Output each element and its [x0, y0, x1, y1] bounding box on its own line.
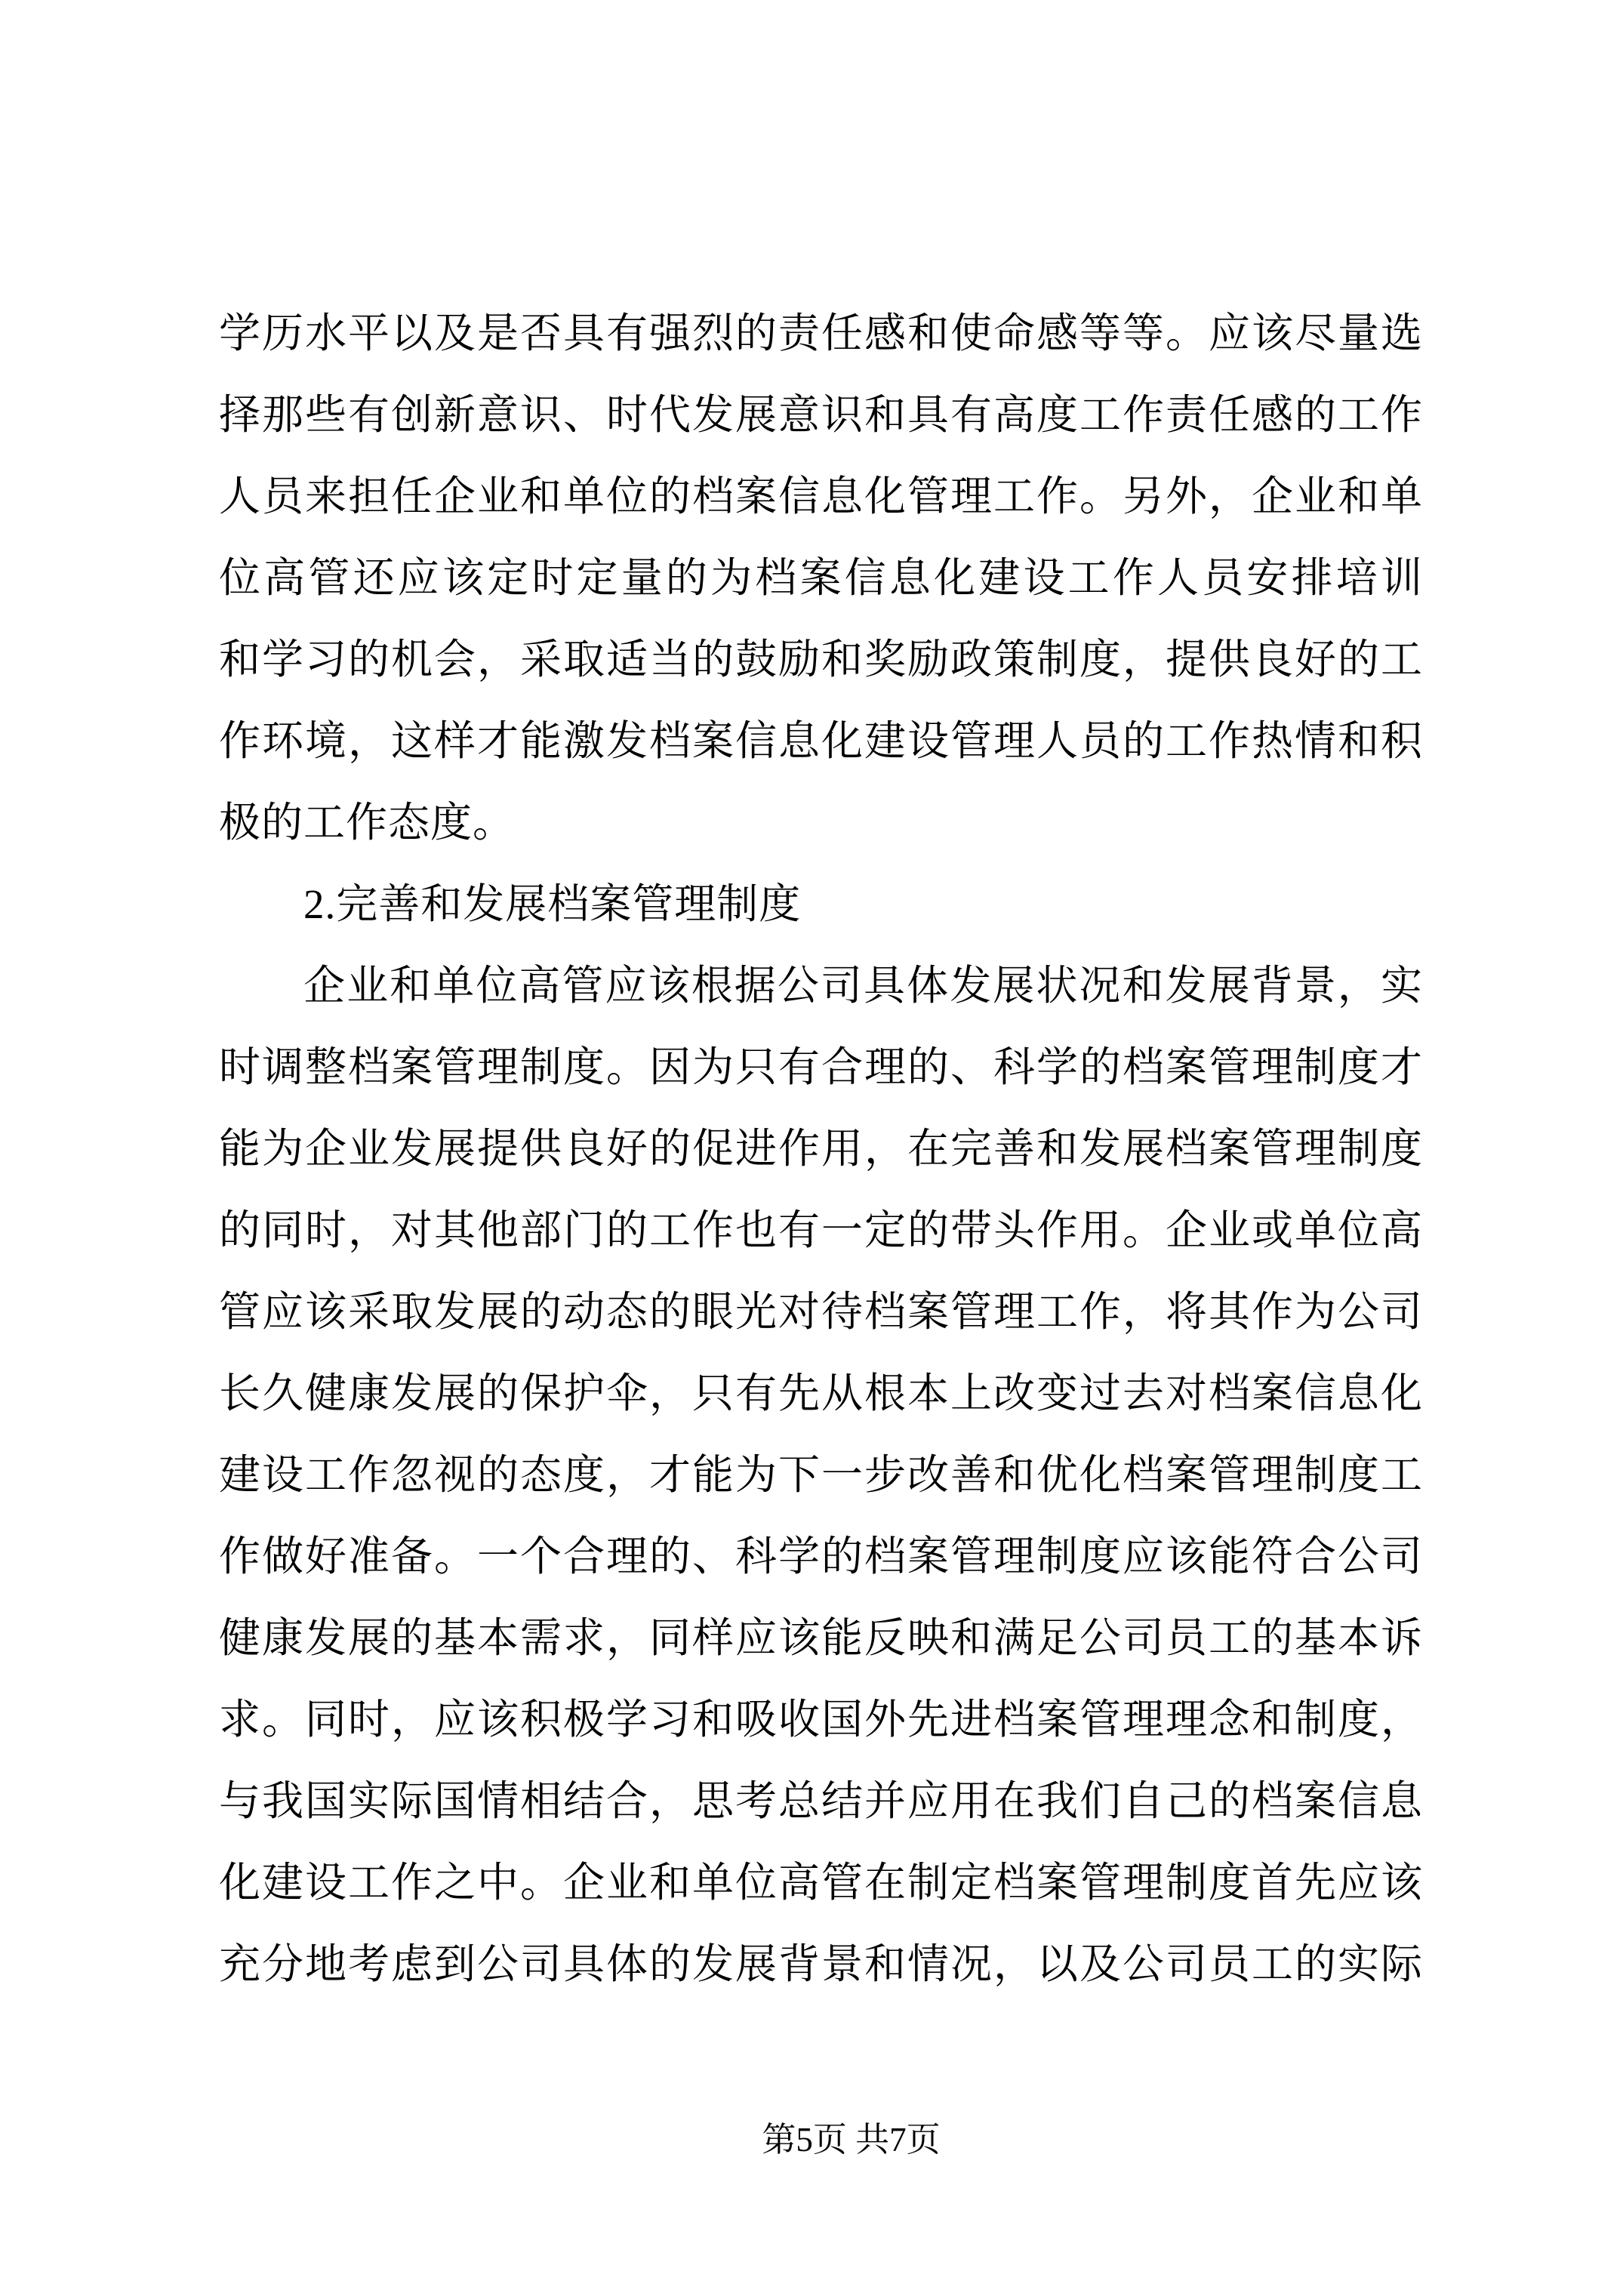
text-line: 择那些有创新意识、时代发展意识和具有高度工作责任感的工作: [219, 374, 1423, 456]
text-line: 健康发展的基本需求，同样应该能反映和满足公司员工的基本诉: [219, 1598, 1423, 1679]
text-line: 充分地考虑到公司具体的发展背景和情况，以及公司员工的实际: [219, 1924, 1423, 2005]
page-footer: 第5页 共7页: [249, 2117, 1453, 2162]
text-line: 求。同时，应该积极学习和吸收国外先进档案管理理念和制度，: [219, 1679, 1423, 1761]
text-line: 作做好准备。一个合理的、科学的档案管理制度应该能符合公司: [219, 1516, 1423, 1598]
text-line: 的同时，对其他部门的工作也有一定的带头作用。企业或单位高: [219, 1190, 1423, 1271]
text-line: 管应该采取发展的动态的眼光对待档案管理工作，将其作为公司: [219, 1271, 1423, 1353]
text-line: 人员来担任企业和单位的档案信息化管理工作。另外，企业和单: [219, 456, 1423, 538]
text-line: 时调整档案管理制度。因为只有合理的、科学的档案管理制度才: [219, 1027, 1423, 1108]
text-line: 长久健康发展的保护伞，只有先从根本上改变过去对档案信息化: [219, 1353, 1423, 1435]
text-line: 能为企业发展提供良好的促进作用，在完善和发展档案管理制度: [219, 1108, 1423, 1190]
text-line: 化建设工作之中。企业和单位高管在制定档案管理制度首先应该: [219, 1842, 1423, 1924]
section-heading: 2.完善和发展档案管理制度: [219, 864, 1423, 945]
text-line: 和学习的机会，采取适当的鼓励和奖励政策制度，提供良好的工: [219, 619, 1423, 701]
document-page: 学历水平以及是否具有强烈的责任感和使命感等等。应该尽量选 择那些有创新意识、时代…: [0, 0, 1623, 2296]
text-line: 与我国实际国情相结合，思考总结并应用在我们自己的档案信息: [219, 1761, 1423, 1842]
text-line: 位高管还应该定时定量的为档案信息化建设工作人员安排培训: [219, 538, 1423, 619]
text-line: 作环境，这样才能激发档案信息化建设管理人员的工作热情和积: [219, 701, 1423, 782]
document-body: 学历水平以及是否具有强烈的责任感和使命感等等。应该尽量选 择那些有创新意识、时代…: [219, 293, 1423, 2005]
text-line: 建设工作忽视的态度，才能为下一步改善和优化档案管理制度工: [219, 1435, 1423, 1516]
text-line: 学历水平以及是否具有强烈的责任感和使命感等等。应该尽量选: [219, 293, 1423, 374]
text-line: 极的工作态度。: [219, 782, 1423, 864]
text-line: 企业和单位高管应该根据公司具体发展状况和发展背景，实: [219, 945, 1423, 1027]
